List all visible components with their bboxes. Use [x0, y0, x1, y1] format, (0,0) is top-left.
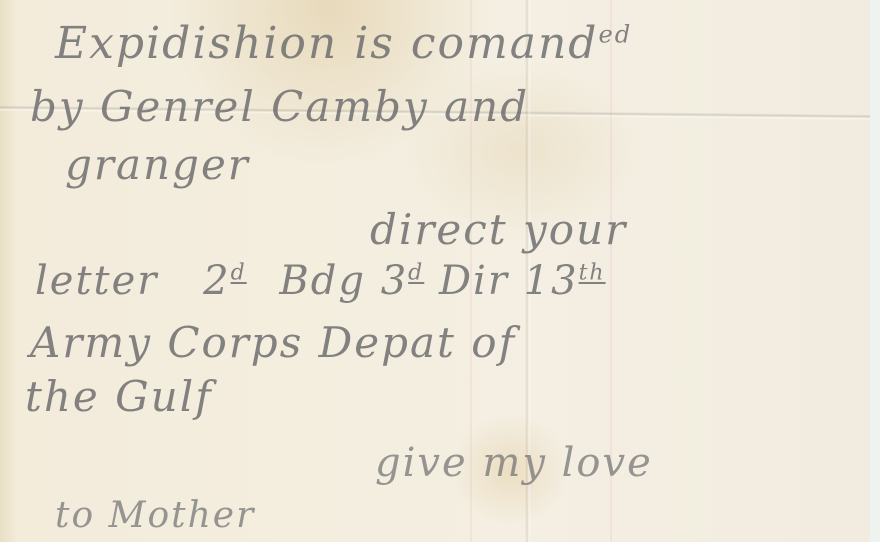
word: 13 [524, 258, 579, 304]
line-text: direct your [370, 205, 627, 254]
handwritten-line-8: give my love [375, 440, 653, 486]
line-text: Expidishion is comand [55, 18, 598, 69]
word: letter [35, 258, 158, 304]
line-text: Army Corps Depat of [30, 318, 516, 367]
line-text: by Genrel Camby and [30, 82, 529, 131]
handwritten-line-2: by Genrel Camby and [30, 82, 529, 131]
handwritten-line-4: direct your [370, 205, 627, 254]
line-text: give my love [375, 440, 653, 486]
superscript: d [231, 261, 247, 286]
superscript: ed [598, 20, 632, 48]
word: Bdg [279, 258, 366, 304]
scan-margin [870, 0, 880, 542]
superscript: d [408, 261, 424, 286]
line-text: granger [65, 140, 250, 189]
handwritten-line-7: the Gulf [25, 372, 213, 421]
handwritten-line-5: letter 2d Bdg 3d Dir 13th [35, 258, 606, 304]
line-text: the Gulf [25, 372, 213, 421]
line-text: to Mother [55, 495, 255, 536]
handwritten-line-6: Army Corps Depat of [30, 318, 516, 367]
word: Dir [439, 258, 509, 304]
word: 2 [203, 258, 230, 304]
letter-page: Expidishion is comanded by Genrel Camby … [0, 0, 870, 542]
handwritten-line-1: Expidishion is comanded [55, 18, 632, 69]
superscript: th [579, 261, 606, 286]
word: 3 [381, 258, 408, 304]
handwritten-line-3: granger [65, 140, 250, 189]
handwritten-line-9: to Mother [55, 495, 255, 536]
